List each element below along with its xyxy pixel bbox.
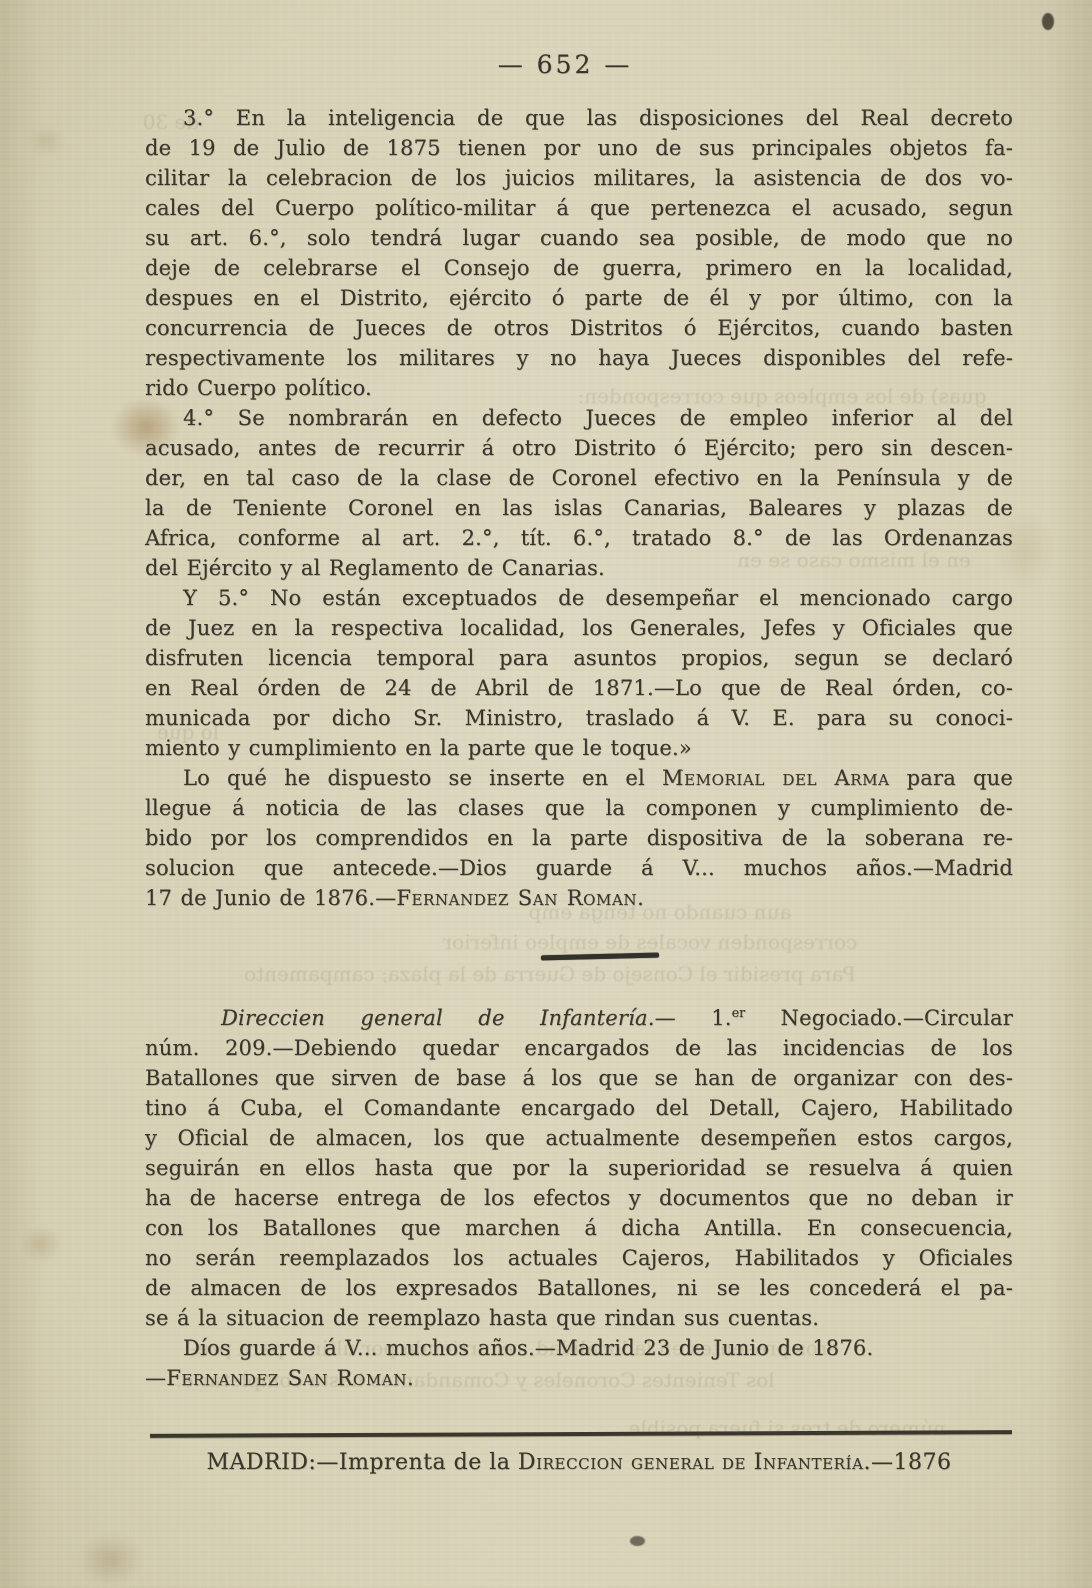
- section-heading-line: Direccien general de Infantería.— 1.er N…: [145, 1003, 1013, 1033]
- text-line: seguirán en ellos hasta que por la super…: [145, 1153, 1013, 1183]
- text-line: cilitar la celebracion de los juicios mi…: [145, 163, 1013, 193]
- text-line: Batallones que sirven de base á los que …: [145, 1063, 1013, 1093]
- bleed-through-text: Para presidir el Consejo de Guerra de la…: [150, 962, 950, 986]
- text-line: acusado, antes de recurrir á otro Distri…: [145, 433, 1013, 463]
- text-line: rido Cuerpo político.: [145, 373, 1013, 403]
- publication-name: Memorial del Arma: [662, 766, 890, 790]
- text-line: de almacen de los expresados Batallones,…: [145, 1273, 1013, 1303]
- text-line: 4.° Se nombrarán en defecto Jueces de em…: [145, 403, 1013, 433]
- text-line: 3.° En la inteligencia de que las dispos…: [145, 103, 1013, 133]
- paper-stain: [20, 1226, 62, 1262]
- imprint-publisher-name: Direccion general de Infantería: [518, 1450, 864, 1475]
- scanned-document-page: de 30 guas) de los empleos que correspon…: [0, 0, 1092, 1588]
- text-line: de 19 de Julio de 1875 tienen por uno de…: [145, 133, 1013, 163]
- text-line: y Oficial de almacen, los que actualment…: [145, 1123, 1013, 1153]
- body-text-section-1: 3.° En la inteligencia de que las dispos…: [145, 103, 1013, 913]
- text-line: del Ejército y al Reglamento de Canarias…: [145, 553, 1013, 583]
- signature-line: —Fernandez San Roman.: [145, 1363, 1013, 1393]
- text-line: con los Batallones que marchen á dicha A…: [145, 1213, 1013, 1243]
- text-line: tino á Cuba, el Comandante encargado del…: [145, 1093, 1013, 1123]
- printer-imprint: MADRID:—Imprenta de la Direccion general…: [145, 1450, 1013, 1475]
- paper-stain: [28, 126, 64, 156]
- text-line: la de Teniente Coronel en las islas Cana…: [145, 493, 1013, 523]
- text-line: Y 5.° No están exceptuados de desempeñar…: [145, 583, 1013, 613]
- text-line: miento y cumplimiento en la parte que le…: [145, 733, 1013, 763]
- text-line: llegue á noticia de las clases que la co…: [145, 793, 1013, 823]
- text-line: en Real órden de 24 de Abril de 1871.—Lo…: [145, 673, 1013, 703]
- department-heading: Direccien general de Infantería.—: [221, 1006, 676, 1030]
- text-line: der, en tal caso de la clase de Coronel …: [145, 463, 1013, 493]
- text-line: no serán reemplazados los actuales Cajer…: [145, 1243, 1013, 1273]
- text-line: ha de hacerse entrega de los efectos y d…: [145, 1183, 1013, 1213]
- text-line: cales del Cuerpo político-militar á que …: [145, 193, 1013, 223]
- ink-speck: [1042, 13, 1054, 30]
- signature-line: 17 de Junio de 1876.—Fernandez San Roman…: [145, 883, 1013, 913]
- text-line: bido por los comprendidos en la parte di…: [145, 823, 1013, 853]
- text-line: respectivamente los militares y no haya …: [145, 343, 1013, 373]
- text-line: concurrencia de Jueces de otros Distrito…: [145, 313, 1013, 343]
- text-line: Africa, conforme al art. 2.°, tít. 6.°, …: [145, 523, 1013, 553]
- text-line: despues en el Distrito, ejército ó parte…: [145, 283, 1013, 313]
- footer-rule: [150, 1430, 1012, 1438]
- bleed-through-text: número de tres si fuera posible.: [558, 1416, 1010, 1440]
- text-line: se á la situacion de reemplazo hasta que…: [145, 1303, 1013, 1333]
- bleed-through-text: corresponden vocales de empleo inferior: [380, 930, 920, 954]
- text-line: Díos guarde á V... muchos años.—Madrid 2…: [145, 1333, 1013, 1363]
- page-number: — 652 —: [145, 50, 985, 79]
- text-line: municada por dicho Sr. Ministro, traslad…: [145, 703, 1013, 733]
- signature-name: Fernandez San Roman: [166, 1366, 407, 1390]
- section-separator-rule: [541, 953, 659, 961]
- body-text-section-2: Direccien general de Infantería.— 1.er N…: [145, 1003, 1013, 1393]
- signature-name: Fernandez San Roman: [396, 886, 637, 910]
- paper-stain: [78, 1534, 142, 1586]
- text-line: deje de celebrarse el Consejo de guerra,…: [145, 253, 1013, 283]
- text-line: disfruten licencia temporal para asuntos…: [145, 643, 1013, 673]
- text-line: solucion que antecede.—Dios guarde á V..…: [145, 853, 1013, 883]
- text-line: de Juez en la respectiva localidad, los …: [145, 613, 1013, 643]
- text-line: su art. 6.°, solo tendrá lugar cuando se…: [145, 223, 1013, 253]
- text-line: Lo qué he dispuesto se inserte en el Mem…: [145, 763, 1013, 793]
- ink-speck: [630, 1536, 645, 1546]
- text-line: núm. 209.—Debiendo quedar encargados de …: [145, 1033, 1013, 1063]
